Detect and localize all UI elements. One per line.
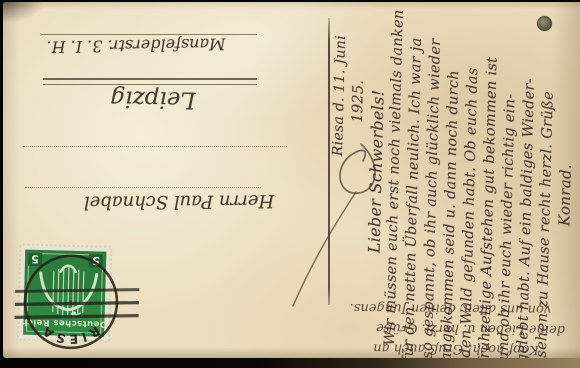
bottom-message-line: von uns allen, deinen Jungens.: [339, 297, 565, 319]
scan-edge-shadow: [0, 358, 580, 368]
bottom-message-line: Kopf hoch! Gruß auch an: [339, 337, 565, 359]
stamp-value-right: 5: [31, 252, 39, 265]
bottom-message-block: Kopf hoch! Gruß auch an deine Lieben u. …: [339, 297, 566, 359]
bottom-message-line: deine Lieben u. herzl. Grüße: [339, 317, 565, 339]
address-street-line: Mansfelderstr. 3. I. H.: [3, 34, 269, 58]
postage-stamp-with-postmark: Deutsches Reich 5 5: [11, 240, 142, 361]
postcard-back: Mansfelderstr. 3. I. H. Leipzig Herrn Pa…: [3, 2, 580, 358]
address-dotted-rule-line: [25, 187, 261, 188]
address-recipient-line: Herrn Paul Schnabel: [48, 190, 310, 213]
address-dotted-rule-line: [23, 146, 287, 147]
embossed-seal-icon: [537, 16, 552, 31]
address-city-line: Leipzig: [73, 85, 233, 114]
